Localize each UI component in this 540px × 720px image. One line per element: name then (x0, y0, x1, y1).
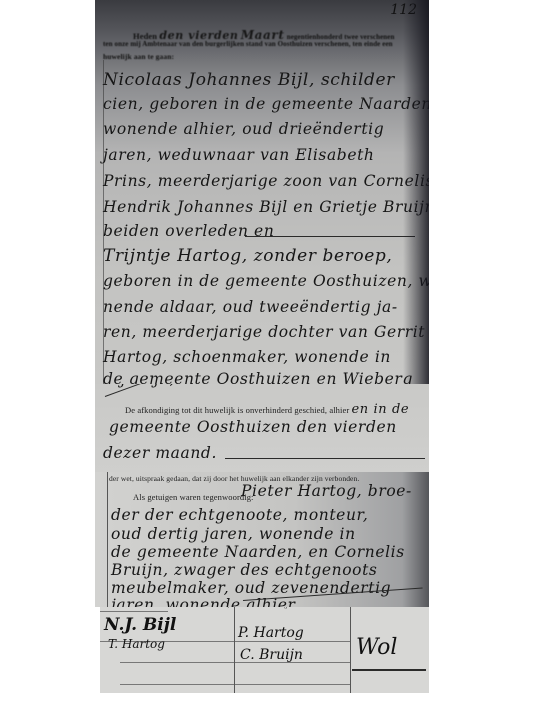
publication-line-2: gemeente Oosthuizen den vierden (109, 418, 397, 436)
handwritten-line-4: jaren, weduwnaar van Elisabeth (103, 146, 375, 164)
handwritten-line-7: beiden overleden en (103, 222, 274, 240)
witness-line-3: de gemeente Naarden, en Cornelis (111, 543, 405, 561)
handwritten-line-3: wonende alhier, oud drieëndertig (103, 120, 384, 138)
handwritten-line-9: geboren in de gemeente Oosthuizen, wo- (103, 272, 429, 290)
handwritten-line-12: Hartog, schoenmaker, wonende in (103, 348, 391, 366)
handwritten-line-13: de gemeente Oosthuizen en Wieberg (103, 370, 413, 384)
margin-rule (107, 472, 108, 607)
handwritten-line-2: cien, geboren in de gemeente Naarden (103, 95, 429, 113)
publication-printed: De afkondiging tot dit huwelijk is onver… (125, 402, 409, 417)
handwritten-line-5: Prins, meerderjarige zoon van Cornelis (103, 172, 429, 190)
publication-line-3: dezer maand. (103, 444, 217, 462)
header-line-3: huwelijk aan te gaan: (103, 52, 174, 61)
signature-registrar: Wol (356, 635, 397, 660)
signature-rule (120, 662, 350, 663)
signature-witness-2: C. Bruijn (240, 647, 303, 663)
record-segment-publication: Rijswijk, overleden De afkondiging tot d… (95, 384, 429, 472)
witness-line-2: oud dertig jaren, wonende in (111, 525, 356, 543)
witness-line-1: der der echtgenoote, monteur, (111, 506, 368, 524)
scanned-marriage-record: 112 Heden den vierden Maart negentienhon… (95, 0, 429, 693)
publication-handwritten-tail: en in de (352, 402, 410, 417)
handwritten-line-11: ren, meerderjarige dochter van Gerrit (103, 323, 425, 341)
witnesses-label: Als getuigen waren tegenwoordig: (133, 492, 254, 502)
record-segment-signatures: Waarvan akte, welke na voorlezing N.J. B… (100, 607, 429, 693)
column-divider (350, 607, 351, 693)
handwritten-line-6: Hendrik Johannes Bijl en Grietje Bruijn (103, 198, 429, 216)
page-number: 112 (390, 2, 417, 18)
handwritten-line-10: nende aldaar, oud tweeëndertig ja- (103, 298, 398, 316)
witness-first-line: Pieter Hartog, broe- (241, 482, 412, 500)
registrar-underline (352, 669, 426, 671)
fill-rule (225, 458, 425, 459)
signature-rule (100, 611, 168, 612)
header-line-2: ten onze mij Ambtenaar van den burgerlij… (103, 40, 393, 48)
signature-rule (120, 684, 350, 685)
record-segment-main: 112 Heden den vierden Maart negentienhon… (95, 0, 429, 384)
signature-witness-1: P. Hartog (238, 625, 304, 641)
witness-line-4: Bruijn, zwager des echtgenoots (111, 561, 377, 579)
footer-printed: Waarvan akte, welke na voorlezing (190, 607, 288, 609)
column-divider (234, 607, 235, 693)
handwritten-line-8: Trijntje Hartog, zonder beroep, (103, 246, 392, 266)
record-segment-witnesses: der wet, uitspraak gedaan, dat zij door … (95, 472, 429, 607)
signature-bride: T. Hartog (108, 637, 165, 651)
signature-groom: N.J. Bijl (104, 615, 176, 635)
handwritten-line-1: Nicolaas Johannes Bijl, schilder (103, 70, 395, 90)
fill-rule (245, 236, 415, 237)
witness-line-5: meubelmaker, oud zevenendertig (111, 579, 391, 597)
